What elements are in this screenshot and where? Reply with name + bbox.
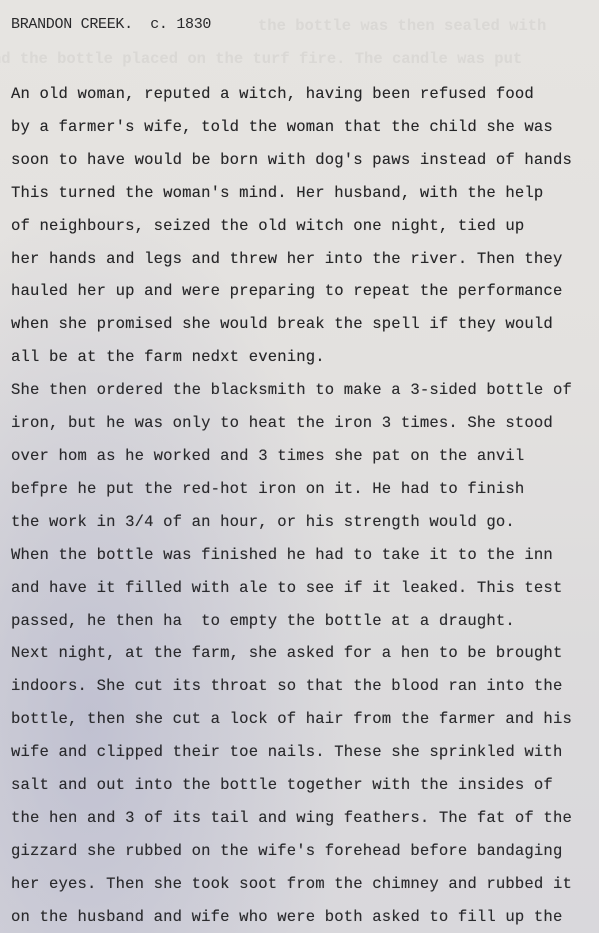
text-line: all be at the farm nedxt evening. bbox=[11, 341, 599, 374]
text-line: by a farmer's wife, told the woman that … bbox=[11, 111, 599, 144]
text-line: iron, but he was only to heat the iron 3… bbox=[11, 407, 599, 440]
text-line: on the husband and wife who were both as… bbox=[11, 901, 599, 933]
text-line: Next night, at the farm, she asked for a… bbox=[11, 637, 599, 670]
text-line: passed, he then ha to empty the bottle a… bbox=[11, 605, 599, 638]
text-line: her eyes. Then she took soot from the ch… bbox=[11, 868, 599, 901]
text-line: She then ordered the blacksmith to make … bbox=[11, 374, 599, 407]
text-line: bottle, then she cut a lock of hair from… bbox=[11, 703, 599, 736]
text-line: When the bottle was finished he had to t… bbox=[11, 539, 599, 572]
text-line: indoors. She cut its throat so that the … bbox=[11, 670, 599, 703]
text-line: the hen and 3 of its tail and wing feath… bbox=[11, 802, 599, 835]
text-line: over hom as he worked and 3 times she pa… bbox=[11, 440, 599, 473]
text-line: hauled her up and were preparing to repe… bbox=[11, 275, 599, 308]
text-line: her hands and legs and threw her into th… bbox=[11, 243, 599, 276]
text-line: soon to have would be born with dog's pa… bbox=[11, 144, 599, 177]
text-line: befpre he put the red-hot iron on it. He… bbox=[11, 473, 599, 506]
text-line: gizzard she rubbed on the wife's forehea… bbox=[11, 835, 599, 868]
text-line: An old woman, reputed a witch, having be… bbox=[11, 78, 599, 111]
text-line: the work in 3/4 of an hour, or his stren… bbox=[11, 506, 599, 539]
text-line: wife and clipped their toe nails. These … bbox=[11, 736, 599, 769]
typed-body-text: An old woman, reputed a witch, having be… bbox=[11, 78, 599, 933]
show-through-line: nd the bottle placed on the turf fire. T… bbox=[0, 43, 522, 76]
text-line: when she promised she would break the sp… bbox=[11, 308, 599, 341]
document-page: the bottle was then sealed with nd the b… bbox=[0, 0, 599, 933]
text-line: and have it filled with ale to see if it… bbox=[11, 572, 599, 605]
show-through-line: the bottle was then sealed with bbox=[258, 10, 546, 43]
document-heading: BRANDON CREEK. c. 1830 bbox=[11, 16, 211, 33]
text-line: salt and out into the bottle together wi… bbox=[11, 769, 599, 802]
text-line: of neighbours, seized the old witch one … bbox=[11, 210, 599, 243]
text-line: This turned the woman's mind. Her husban… bbox=[11, 177, 599, 210]
